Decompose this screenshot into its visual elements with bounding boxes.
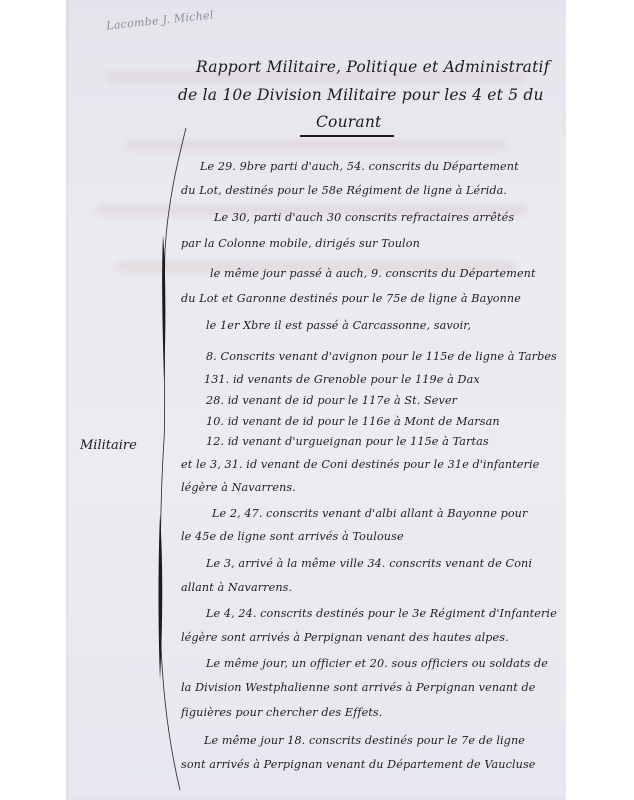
body-line: et le 3, 31. id venant de Coni destinés … — [181, 458, 539, 471]
body-line: légère à Navarrens. — [181, 481, 296, 494]
body-line: figuières pour chercher des Effets. — [181, 706, 382, 719]
body-line: Le même jour 18. conscrits destinés pour… — [204, 734, 525, 747]
body-line: Le 2, 47. conscrits venant d'albi allant… — [212, 507, 527, 520]
body-line: Le 3, arrivé à la même ville 34. conscri… — [206, 557, 532, 570]
body-line: le 45e de ligne sont arrivés à Toulouse — [181, 530, 404, 543]
body-line: par la Colonne mobile, dirigés sur Toulo… — [181, 237, 420, 250]
body-line: du Lot et Garonne destinés pour le 75e d… — [181, 292, 521, 305]
body-line: le même jour passé à auch, 9. conscrits … — [210, 267, 536, 280]
margin-label-militaire: Militaire — [80, 438, 137, 453]
body-line: Le 4, 24. conscrits destinés pour le 3e … — [206, 607, 557, 620]
body-line: allant à Navarrens. — [181, 581, 292, 594]
body-line: 10. id venant de id pour le 116e à Mont … — [206, 415, 500, 428]
body-line: légère sont arrivés à Perpignan venant d… — [181, 631, 509, 644]
body-line: 131. id venants de Grenoble pour le 119e… — [204, 373, 480, 386]
body-line: le 1er Xbre il est passé à Carcassonne, … — [206, 319, 471, 332]
body-line: la Division Westphalienne sont arrivés à… — [181, 681, 535, 694]
body-line: sont arrivés à Perpignan venant du Dépar… — [181, 758, 536, 771]
body-line: Le même jour, un officier et 20. sous of… — [206, 657, 548, 670]
body-line: du Lot, destinés pour le 58e Régiment de… — [181, 184, 507, 197]
body-line: 28. id venant de id pour le 117e à St. S… — [206, 394, 457, 407]
body-line: 12. id venant d'urgueignan pour le 115e … — [206, 435, 489, 448]
body-line: Le 29. 9bre parti d'auch, 54. conscrits … — [200, 160, 519, 173]
body-line: 8. Conscrits venant d'avignon pour le 11… — [206, 350, 557, 363]
body-line: Le 30, parti d'auch 30 conscrits refract… — [214, 211, 514, 224]
